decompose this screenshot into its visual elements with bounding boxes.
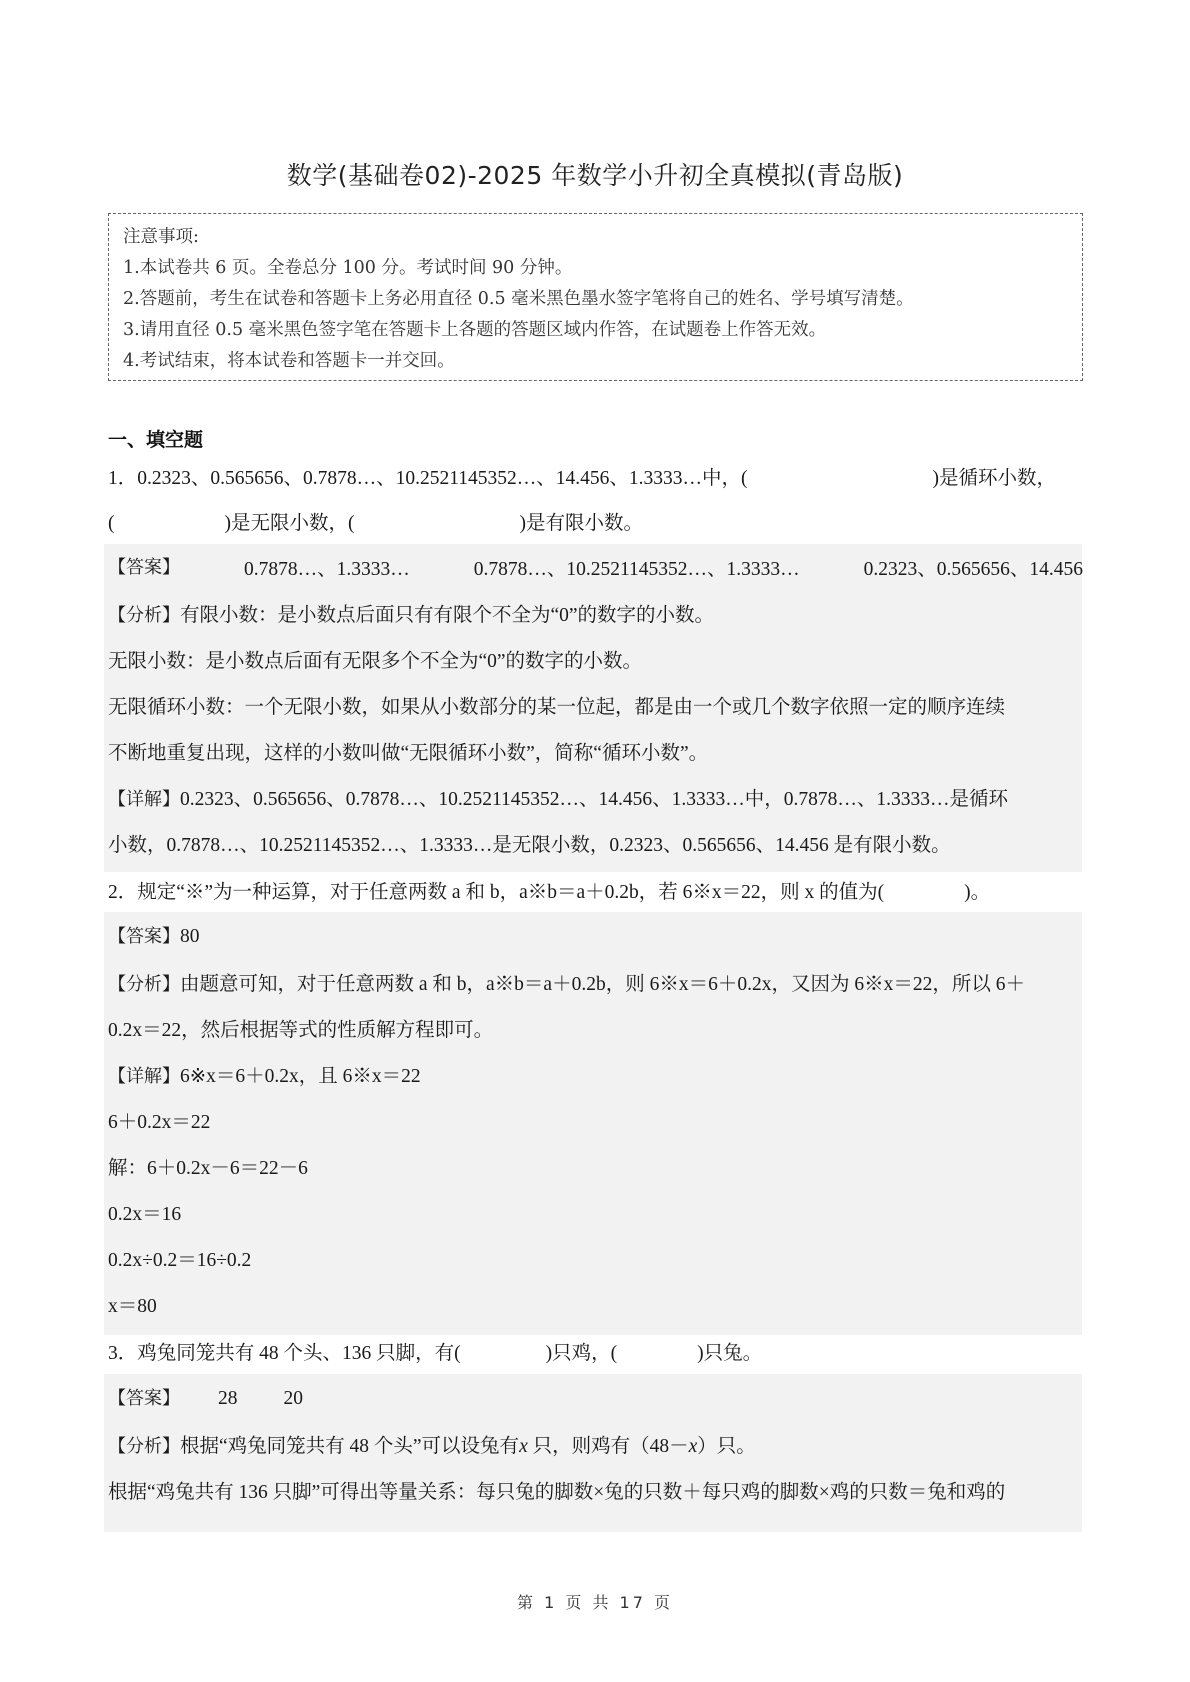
question-text: )。 [964, 882, 990, 903]
analysis-text: 不断地重复出现，这样的小数叫做“无限循环小数”，简称“循环小数”。 [108, 737, 708, 765]
question-text: 2．规定“※”为一种运算，对于任意两数 a 和 b，a※b＝a＋0.2b，若 6… [108, 882, 884, 903]
notice-item: 3.请用直径 0.5 毫米黑色签字笔在答题卡上各题的答题区域内作答，在试题卷上作… [123, 315, 1068, 346]
answer-value: 0.7878…、10.2521145352…、1.3333… [474, 553, 800, 581]
detail-text: 0.2323、0.565656、0.7878…、10.2521145352…、1… [180, 789, 1008, 810]
detail-text: 0.2x÷0.2＝16÷0.2 [108, 1244, 251, 1272]
answer-value: 20 [284, 1388, 304, 1409]
notice-item: 1.本试卷共 6 页。全卷总分 100 分。考试时间 90 分钟。 [123, 253, 1068, 284]
answer-value: 0.2323、0.565656、14.456 [864, 553, 1083, 581]
question-2-answer: 【答案】80 [108, 922, 200, 948]
analysis-text: 只，则鸡有（48－ [528, 1436, 689, 1457]
analysis-tag: 【分析】 [108, 1436, 180, 1457]
analysis-text: 无限小数：是小数点后面有无限多个不全为“0”的数字的小数。 [108, 645, 642, 673]
variable: x [519, 1436, 528, 1457]
page-footer: 第 1 页 共 17 页 [0, 1590, 1190, 1613]
question-2-analysis: 【分析】由题意可知，对于任意两数 a 和 b，a※b＝a＋0.2b，则 6※x＝… [108, 968, 1025, 996]
analysis-tag: 【分析】 [108, 605, 180, 626]
analysis-text: 有限小数：是小数点后面只有有限个不全为“0”的数字的小数。 [180, 605, 714, 626]
analysis-text: ）只。 [697, 1436, 756, 1457]
detail-text: 0.2x＝16 [108, 1198, 181, 1226]
question-2: 2．规定“※”为一种运算，对于任意两数 a 和 b，a※b＝a＋0.2b，若 6… [108, 876, 990, 904]
question-1-line-1: 1．0.2323、0.565656、0.7878…、10.2521145352…… [108, 462, 1056, 490]
detail-text: 6＋0.2x＝22 [108, 1106, 210, 1134]
question-3: 3．鸡兔同笼共有 48 个头、136 只脚，有()只鸡，()只兔。 [108, 1337, 762, 1365]
question-1-line-2: ()是无限小数，()是有限小数。 [108, 507, 643, 535]
question-text: )只兔。 [697, 1343, 762, 1364]
section-title: 一、填空题 [108, 425, 203, 452]
answer-tag: 【答案】 [108, 553, 180, 581]
question-2-detail: 【详解】6※x＝6＋0.2x，且 6※x＝22 [108, 1060, 421, 1088]
answer-value: 80 [180, 926, 200, 947]
question-1-detail: 【详解】0.2323、0.565656、0.7878…、10.252114535… [108, 783, 1008, 811]
question-text: )是无限小数，( [225, 513, 355, 534]
question-3-answer: 【答案】2820 [108, 1384, 303, 1410]
analysis-tag: 【分析】 [108, 974, 180, 995]
question-1-analysis: 【分析】有限小数：是小数点后面只有有限个不全为“0”的数字的小数。 [108, 599, 714, 627]
answer-tag: 【答案】 [108, 1388, 180, 1409]
answer-value: 0.7878…、1.3333… [244, 553, 410, 581]
question-text: )只鸡，( [546, 1343, 618, 1364]
notice-box: 注意事项: 1.本试卷共 6 页。全卷总分 100 分。考试时间 90 分钟。 … [108, 213, 1083, 381]
detail-text: x＝80 [108, 1290, 157, 1318]
analysis-text: 由题意可知，对于任意两数 a 和 b，a※b＝a＋0.2b，则 6※x＝6＋0.… [180, 974, 1025, 995]
detail-tag: 【详解】 [108, 789, 180, 810]
document-title: 数学(基础卷02)-2025 年数学小升初全真模拟(青岛版) [0, 156, 1190, 192]
question-text: 3．鸡兔同笼共有 48 个头、136 只脚，有( [108, 1343, 461, 1364]
answer-tag: 【答案】 [108, 926, 180, 947]
detail-text: 6※x＝6＋0.2x，且 6※x＝22 [180, 1066, 421, 1087]
notice-item: 4.考试结束，将本试卷和答题卡一并交回。 [123, 346, 1068, 377]
analysis-text: 无限循环小数：一个无限小数，如果从小数部分的某一位起，都是由一个或几个数字依照一… [108, 691, 1005, 719]
detail-tag: 【详解】 [108, 1066, 180, 1087]
notice-heading: 注意事项: [123, 222, 1068, 253]
notice-item: 2.答题前，考生在试卷和答题卡上务必用直径 0.5 毫米黑色墨水签字笔将自己的姓… [123, 284, 1068, 315]
question-text: 1．0.2323、0.565656、0.7878…、10.2521145352…… [108, 468, 748, 489]
detail-text: 小数，0.7878…、10.2521145352…、1.3333…是无限小数，0… [108, 829, 951, 857]
question-text: )是有限小数。 [520, 513, 644, 534]
detail-text: 解：6＋0.2x－6＝22－6 [108, 1152, 308, 1180]
analysis-text: 0.2x＝22，然后根据等式的性质解方程即可。 [108, 1014, 493, 1042]
variable: x [689, 1436, 698, 1457]
analysis-text: 根据“鸡兔同笼共有 48 个头”可以设兔有 [180, 1436, 519, 1457]
analysis-text: 根据“鸡兔共有 136 只脚”可得出等量关系：每只兔的脚数×兔的只数＋每只鸡的脚… [108, 1476, 1005, 1504]
question-3-analysis: 【分析】根据“鸡兔同笼共有 48 个头”可以设兔有x 只，则鸡有（48－x）只。 [108, 1430, 756, 1458]
question-1-answer: 【答案】 0.7878…、1.3333… 0.7878…、10.25211453… [108, 553, 1083, 581]
answer-value: 28 [218, 1388, 238, 1409]
question-text: )是循环小数， [933, 468, 1057, 489]
question-text: ( [108, 513, 115, 534]
